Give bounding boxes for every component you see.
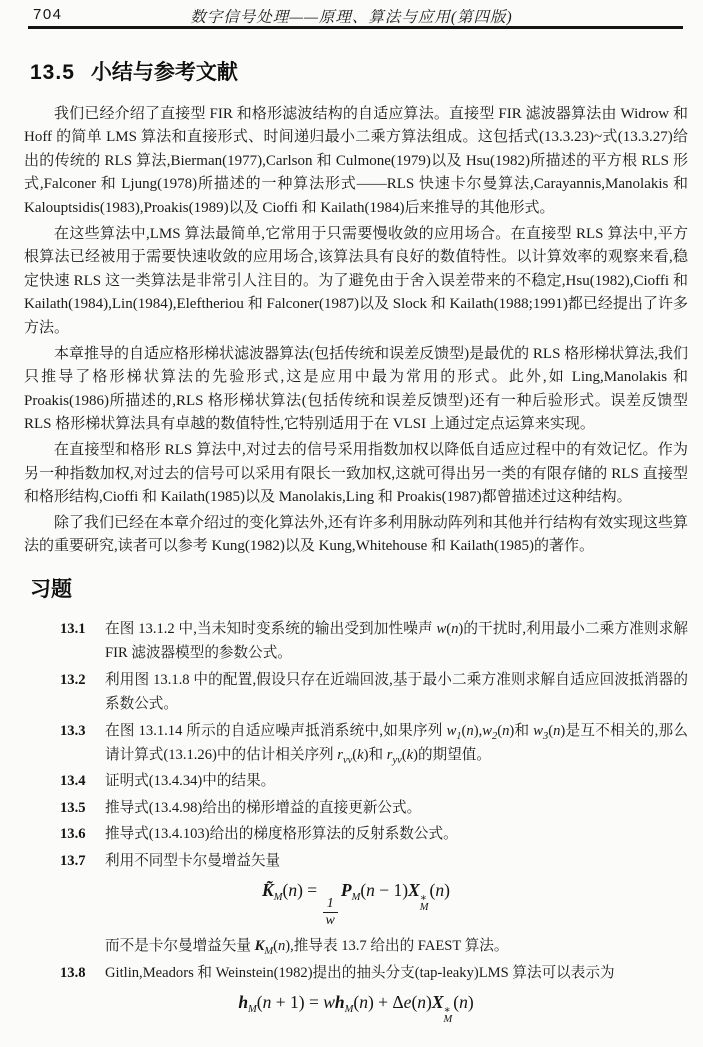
section-title: 小结与参考文献 [91,61,238,84]
summary-paragraph: 除了我们已经在本章介绍过的变化算法外,还有许多利用脉动阵列和其他并行结构有效实现… [24,512,688,559]
summary-paragraph: 在直接型和格形 RLS 算法中,对过去的信号采用指数加权以降低自适应过程中的有效… [24,439,688,510]
problem-text: 推导式(13.4.98)给出的梯形增益的直接更新公式。 [105,796,688,820]
exercises-heading: 习题 [30,573,688,603]
kalman-gain-formula: K̃M(n) = 1wPM(n − 1)X∗M(n) [24,880,688,928]
problem-number: 13.1 [60,617,105,641]
problem-text: 在图 13.1.14 所示的自适应噪声抵消系统中,如果序列 w1(n),w2(n… [105,719,688,768]
problem-text-after: 而不是卡尔曼增益矢量 KM(n),推导表 13.7 给出的 FAEST 算法。 [105,934,688,958]
problem-number: 13.3 [60,719,105,743]
summary-paragraph: 在这些算法中,LMS 算法最简单,它常用于只需要慢收敛的应用场合。在直接型 RL… [24,223,688,341]
problem-13-6: 13.6 推导式(13.4.103)给出的梯度格形算法的反射系数公式。 [60,822,688,846]
problem-number: 13.7 [60,849,105,873]
problem-text: 推导式(13.4.103)给出的梯度格形算法的反射系数公式。 [105,822,688,846]
problem-13-1: 13.1 在图 13.1.2 中,当未知时变系统的输出受到加性噪声 w(n)的干… [60,617,688,666]
tap-leaky-lms-formula: hM(n + 1) = whM(n) + Δe(n)X∗M(n) [24,992,688,1025]
problem-13-8: 13.8 Gitlin,Meadors 和 Weinstein(1982)提出的… [60,961,688,1031]
problem-text: 利用图 13.1.8 中的配置,假设只存在近端回波,基于最小二乘方准则求解自适应… [105,668,688,717]
page-header: 704 数字信号处理——原理、算法与应用(第四版) [0,0,703,25]
summary-paragraph: 本章推导的自适应格形梯状滤波器算法(包括传统和误差反馈型)是最优的 RLS 格形… [24,343,688,437]
problem-number: 13.8 [60,961,105,985]
problems-list: 13.1 在图 13.1.2 中,当未知时变系统的输出受到加性噪声 w(n)的干… [60,617,688,1031]
problem-number: 13.6 [60,822,105,846]
section-number: 13.5 [30,61,75,84]
summary-paragraph: 我们已经介绍了直接型 FIR 和格形滤波结构的自适应算法。直接型 FIR 滤波器… [24,103,688,221]
problem-text: 证明式(13.4.34)中的结果。 [105,769,688,793]
problem-text: 在图 13.1.2 中,当未知时变系统的输出受到加性噪声 w(n)的干扰时,利用… [105,617,688,666]
problem-13-4: 13.4 证明式(13.4.34)中的结果。 [60,769,688,793]
problem-13-3: 13.3 在图 13.1.14 所示的自适应噪声抵消系统中,如果序列 w1(n)… [60,719,688,768]
problem-13-5: 13.5 推导式(13.4.98)给出的梯形增益的直接更新公式。 [60,796,688,820]
problem-number: 13.2 [60,668,105,692]
problem-13-7: 13.7 利用不同型卡尔曼增益矢量 K̃M(n) = 1wPM(n − 1)X∗… [60,849,688,959]
problem-text: Gitlin,Meadors 和 Weinstein(1982)提出的抽头分支(… [105,961,688,985]
section-heading: 13.5小结与参考文献 [30,56,703,86]
page-content: 我们已经介绍了直接型 FIR 和格形滤波结构的自适应算法。直接型 FIR 滤波器… [24,103,688,1031]
problem-text: 利用不同型卡尔曼增益矢量 [105,849,688,873]
problem-number: 13.5 [60,796,105,820]
problem-number: 13.4 [60,769,105,793]
problem-13-2: 13.2 利用图 13.1.8 中的配置,假设只存在近端回波,基于最小二乘方准则… [60,668,688,717]
book-page: 704 数字信号处理——原理、算法与应用(第四版) 13.5小结与参考文献 我们… [0,0,703,1047]
book-title: 数字信号处理——原理、算法与应用(第四版) [0,5,703,27]
